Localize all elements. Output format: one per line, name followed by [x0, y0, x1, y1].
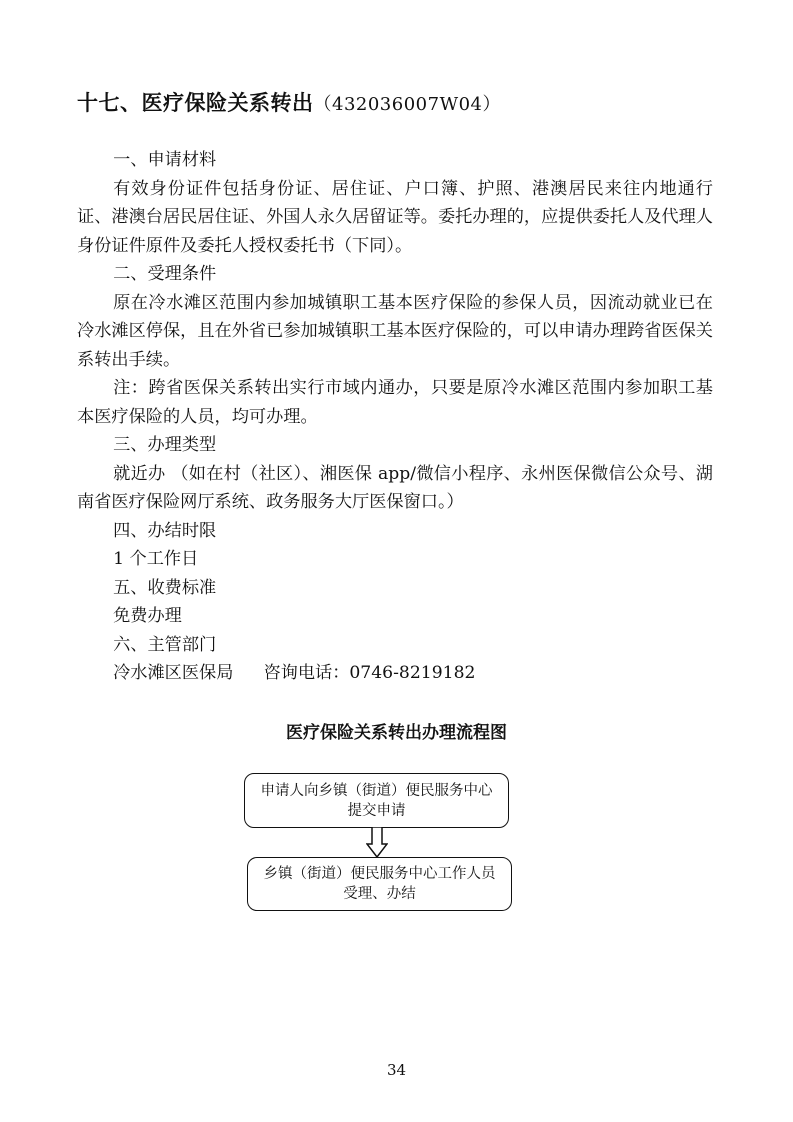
flow-step-submit: 申请人向乡镇（街道）便民服务中心 提交申请: [244, 773, 509, 828]
department-line: 冷水滩区医保局咨询电话：0746-8219182: [77, 659, 713, 688]
section-heading-time-limit: 四、办结时限: [77, 517, 713, 546]
flow-step-process: 乡镇（街道）便民服务中心工作人员 受理、办结: [247, 857, 512, 911]
time-limit-text: 1 个工作日: [77, 545, 713, 574]
flow-step-line: 提交申请: [348, 801, 406, 821]
document-body: 一、申请材料 有效身份证件包括身份证、居住证、户口簿、护照、港澳居民来往内地通行…: [77, 146, 713, 688]
flow-step-line: 乡镇（街道）便民服务中心工作人员: [264, 864, 496, 884]
materials-text: 有效身份证件包括身份证、居住证、户口簿、护照、港澳居民来往内地通行证、港澳台居民…: [77, 175, 713, 261]
down-arrow-icon: [366, 827, 388, 858]
department-name: 冷水滩区医保局: [113, 663, 233, 683]
section-heading-materials: 一、申请材料: [77, 146, 713, 175]
flow-step-line: 受理、办结: [343, 884, 416, 904]
section-heading-type: 三、办理类型: [77, 431, 713, 460]
section-heading-fee: 五、收费标准: [77, 574, 713, 603]
title-text: 十七、医疗保险关系转出: [77, 91, 314, 115]
type-text: 就近办 （如在村（社区）、湘医保 app/微信小程序、永州医保微信公众号、湖南省…: [77, 460, 713, 517]
consult-phone: 咨询电话：0746-8219182: [263, 663, 475, 683]
page-title: 十七、医疗保险关系转出（432036007W04）: [77, 87, 501, 117]
fee-text: 免费办理: [77, 602, 713, 631]
item-code: （432036007W04）: [314, 94, 501, 115]
section-heading-conditions: 二、受理条件: [77, 260, 713, 289]
page-number: 34: [0, 1061, 793, 1079]
section-heading-department: 六、主管部门: [77, 631, 713, 660]
conditions-note: 注：跨省医保关系转出实行市域内通办，只要是原冷水滩区范围内参加职工基本医疗保险的…: [77, 374, 713, 431]
conditions-text: 原在冷水滩区范围内参加城镇职工基本医疗保险的参保人员，因流动就业已在冷水滩区停保…: [77, 289, 713, 375]
flow-step-line: 申请人向乡镇（街道）便民服务中心: [261, 781, 493, 801]
flowchart-title: 医疗保险关系转出办理流程图: [0, 718, 793, 743]
